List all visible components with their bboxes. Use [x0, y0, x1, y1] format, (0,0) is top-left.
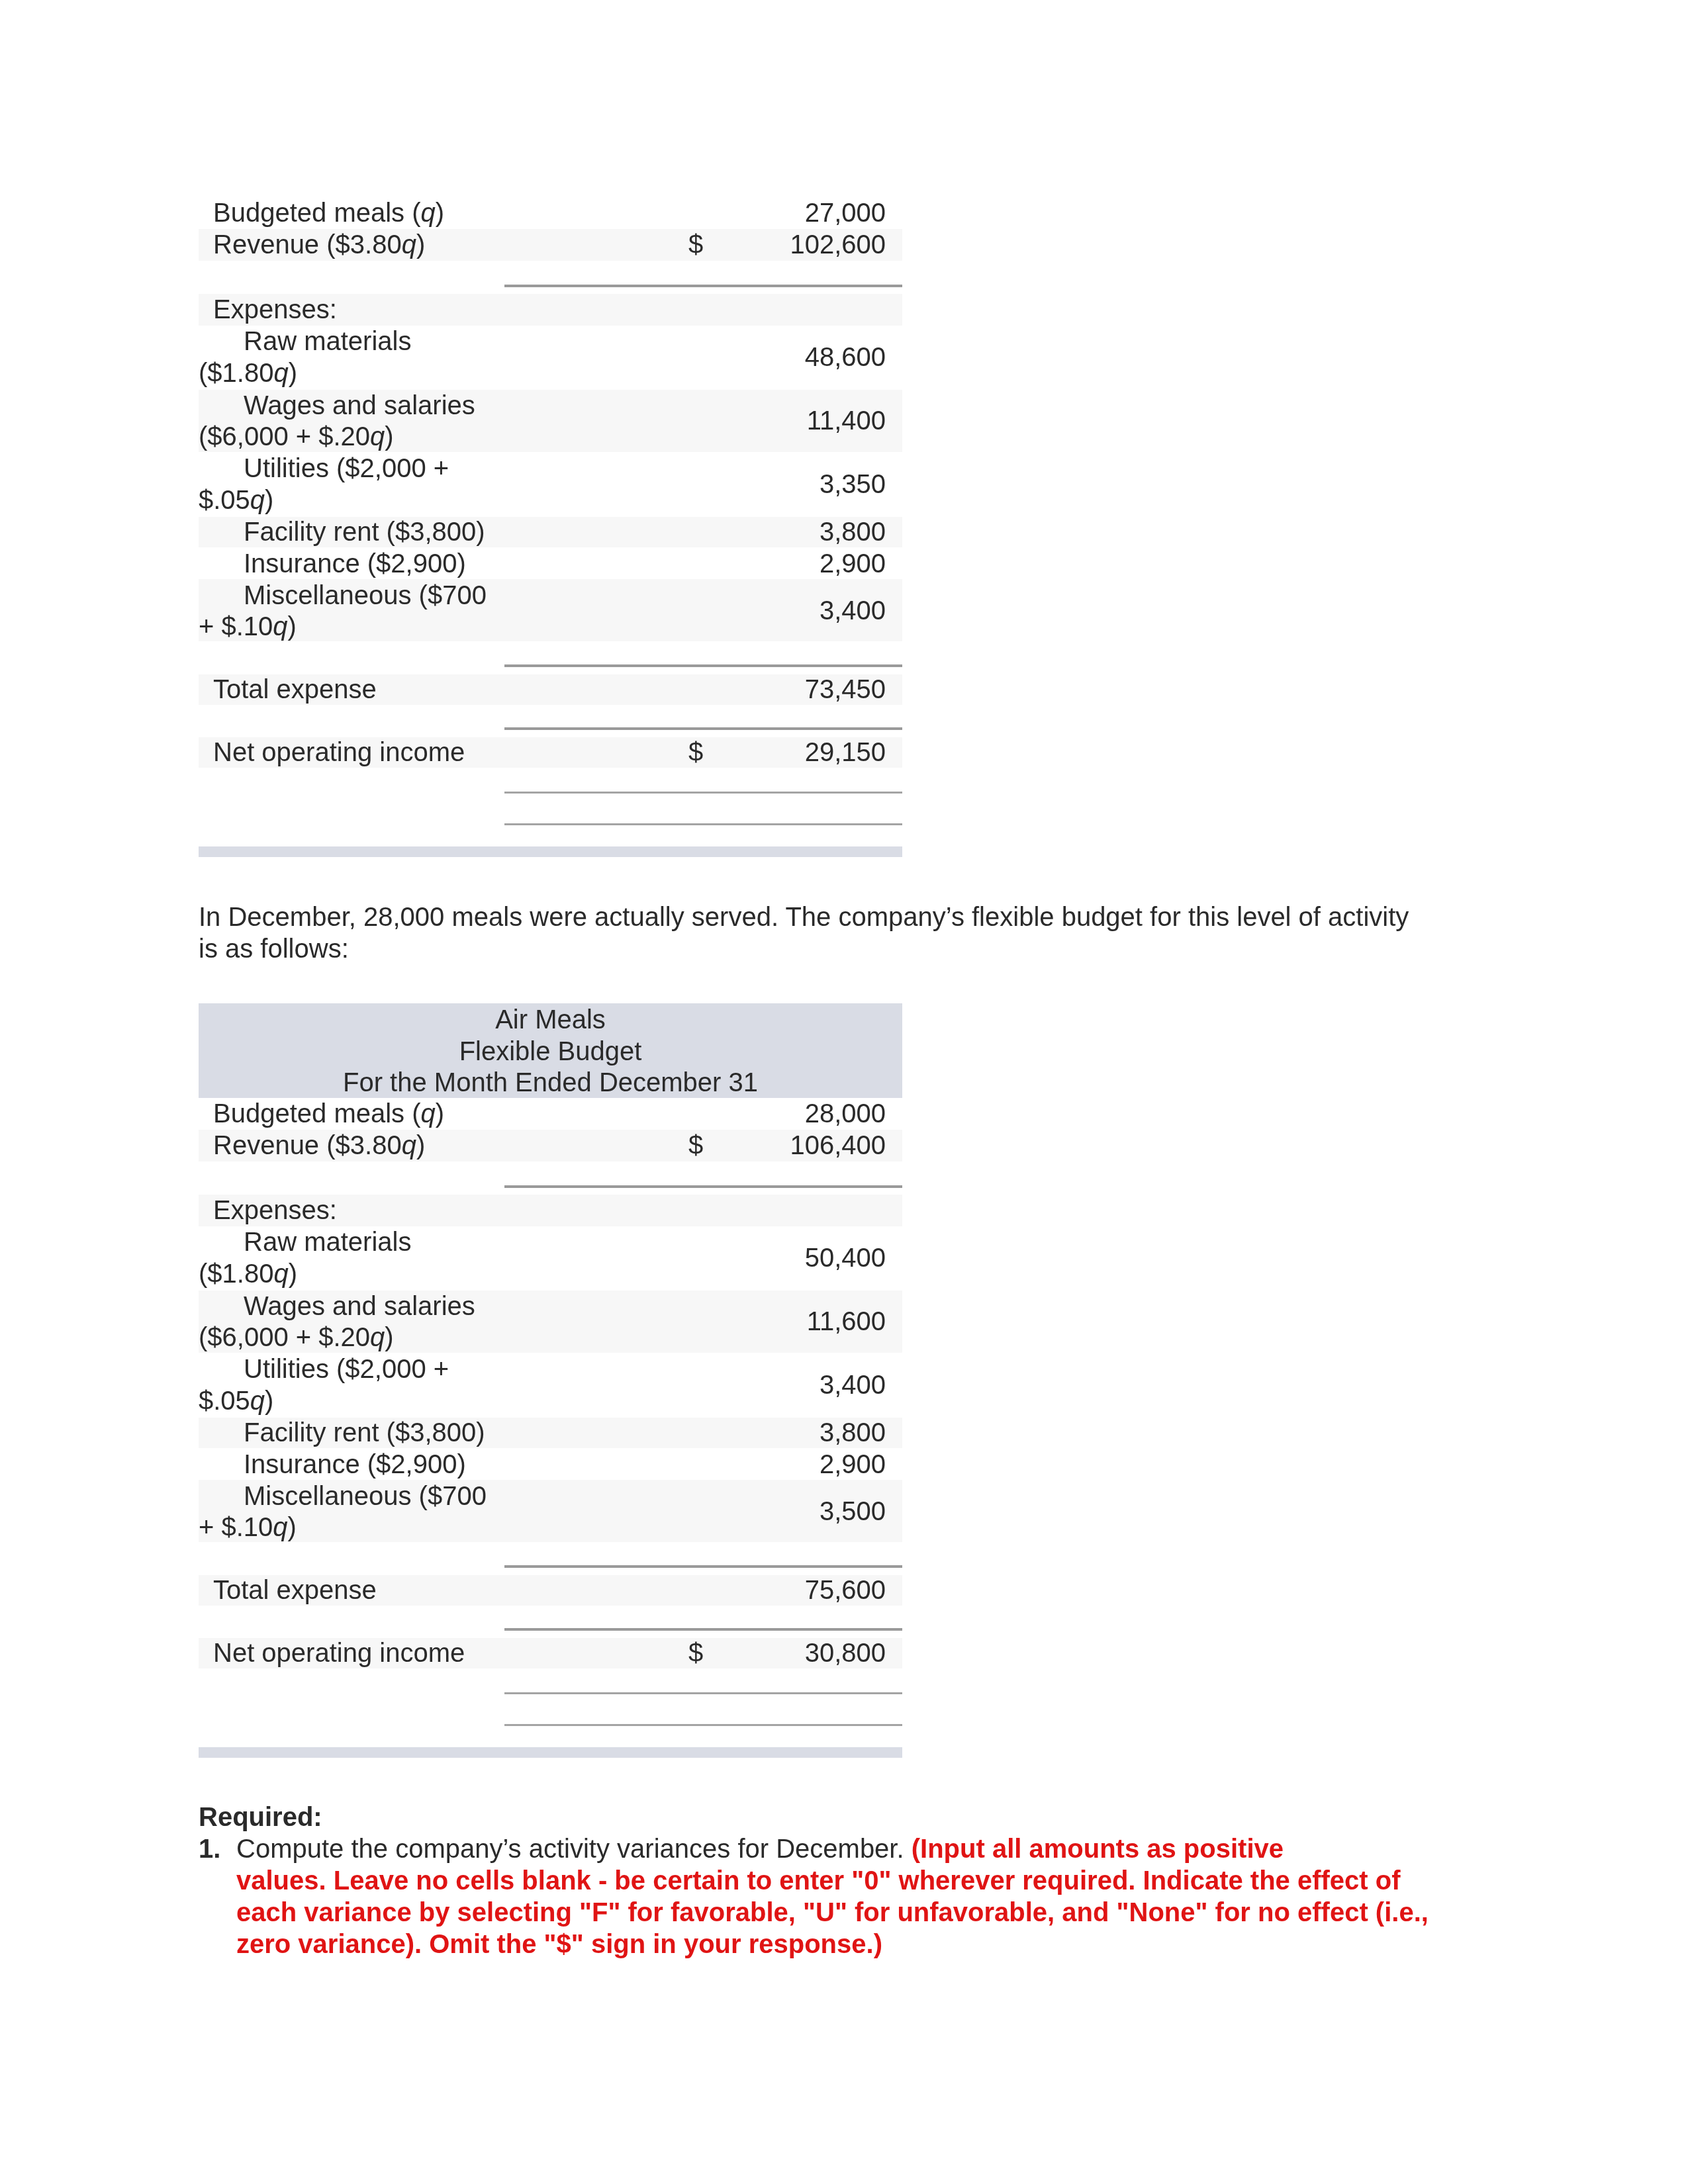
- report-title: Flexible Budget: [199, 1036, 902, 1068]
- facility-rent-value: 3,800: [820, 516, 886, 548]
- company-name: Air Meals: [199, 1004, 902, 1036]
- required-item-number: 1.: [199, 1833, 220, 1865]
- intro-paragraph: In December, 28,000 meals were actually …: [199, 901, 1489, 965]
- total-expense-label: Total expense: [213, 674, 377, 705]
- total-expense-label: Total expense: [213, 1574, 377, 1606]
- raw-materials-value: 50,400: [805, 1242, 886, 1274]
- utilities-formula: $.05q): [199, 484, 273, 516]
- raw-materials-formula: ($1.80q): [199, 1258, 297, 1290]
- required-heading: Required:: [199, 1801, 322, 1833]
- wages-label: Wages and salaries: [244, 1291, 475, 1322]
- wages-value: 11,400: [807, 405, 886, 437]
- revenue-value: 106,400: [790, 1130, 886, 1161]
- facility-rent-label: Facility rent ($3,800): [244, 516, 485, 548]
- intro-line-1: In December, 28,000 meals were actually …: [199, 901, 1489, 933]
- subtotal-rule: [504, 727, 902, 730]
- net-operating-income-label: Net operating income: [213, 737, 465, 768]
- instruction-line-3: each variance by selecting "F" for favor…: [236, 1897, 1429, 1929]
- miscellaneous-label: Miscellaneous ($700: [244, 580, 487, 612]
- subtotal-rule: [504, 1628, 902, 1631]
- net-operating-income-label: Net operating income: [213, 1637, 465, 1669]
- raw-materials-formula: ($1.80q): [199, 357, 297, 389]
- insurance-value: 2,900: [820, 548, 886, 580]
- double-rule-top: [504, 792, 902, 794]
- revenue-value: 102,600: [790, 229, 886, 261]
- instruction-line-4: zero variance). Omit the "$" sign in you…: [236, 1929, 882, 1960]
- miscellaneous-value: 3,400: [820, 595, 886, 627]
- wages-formula: ($6,000 + $.20q): [199, 1322, 394, 1353]
- table-footer-bar: [199, 1747, 902, 1758]
- miscellaneous-value: 3,500: [820, 1496, 886, 1527]
- budgeted-meals-label: Budgeted meals (q): [213, 197, 444, 229]
- subtotal-rule: [504, 664, 902, 667]
- raw-materials-label: Raw materials: [244, 1226, 411, 1258]
- raw-materials-label: Raw materials: [244, 326, 411, 357]
- wages-label: Wages and salaries: [244, 390, 475, 422]
- report-period: For the Month Ended December 31: [199, 1067, 902, 1099]
- subtotal-rule: [504, 1185, 902, 1188]
- required-item-text: Compute the company’s activity variances…: [236, 1835, 904, 1864]
- utilities-value: 3,400: [820, 1369, 886, 1401]
- utilities-label: Utilities ($2,000 +: [244, 1353, 449, 1385]
- instruction-line-2: values. Leave no cells blank - be certai…: [236, 1865, 1401, 1897]
- utilities-label: Utilities ($2,000 +: [244, 453, 449, 484]
- facility-rent-label: Facility rent ($3,800): [244, 1417, 485, 1449]
- intro-line-2: is as follows:: [199, 933, 1489, 965]
- miscellaneous-formula: + $.10q): [199, 611, 297, 643]
- insurance-label: Insurance ($2,900): [244, 1449, 466, 1480]
- revenue-label: Revenue ($3.80q): [213, 229, 425, 261]
- revenue-dollar-sign: $: [688, 229, 708, 261]
- revenue-dollar-sign: $: [688, 1130, 708, 1161]
- double-rule-top: [504, 1692, 902, 1694]
- total-expense-value: 73,450: [805, 674, 886, 705]
- revenue-label: Revenue ($3.80q): [213, 1130, 425, 1161]
- net-operating-income-value: 30,800: [805, 1637, 886, 1669]
- double-rule-bottom: [504, 1724, 902, 1726]
- wages-value: 11,600: [807, 1306, 886, 1338]
- instruction-text: (Input all amounts as positive: [912, 1835, 1284, 1864]
- net-operating-income-value: 29,150: [805, 737, 886, 768]
- noi-dollar-sign: $: [688, 1637, 708, 1669]
- budgeted-meals-value: 28,000: [805, 1098, 886, 1130]
- budgeted-meals-value: 27,000: [805, 197, 886, 229]
- miscellaneous-formula: + $.10q): [199, 1512, 297, 1543]
- total-expense-value: 75,600: [805, 1574, 886, 1606]
- subtotal-rule: [504, 1565, 902, 1568]
- facility-rent-value: 3,800: [820, 1417, 886, 1449]
- miscellaneous-label: Miscellaneous ($700: [244, 1480, 487, 1512]
- expenses-header: Expenses:: [213, 294, 337, 326]
- expenses-header: Expenses:: [213, 1195, 337, 1226]
- subtotal-rule: [504, 285, 902, 287]
- double-rule-bottom: [504, 823, 902, 825]
- insurance-label: Insurance ($2,900): [244, 548, 466, 580]
- budgeted-meals-label: Budgeted meals (q): [213, 1098, 444, 1130]
- table-footer-bar: [199, 846, 902, 857]
- utilities-value: 3,350: [820, 469, 886, 500]
- wages-formula: ($6,000 + $.20q): [199, 421, 394, 453]
- insurance-value: 2,900: [820, 1449, 886, 1480]
- utilities-formula: $.05q): [199, 1385, 273, 1417]
- noi-dollar-sign: $: [688, 737, 708, 768]
- required-item-line-1: Compute the company’s activity variances…: [236, 1833, 1284, 1865]
- raw-materials-value: 48,600: [805, 341, 886, 373]
